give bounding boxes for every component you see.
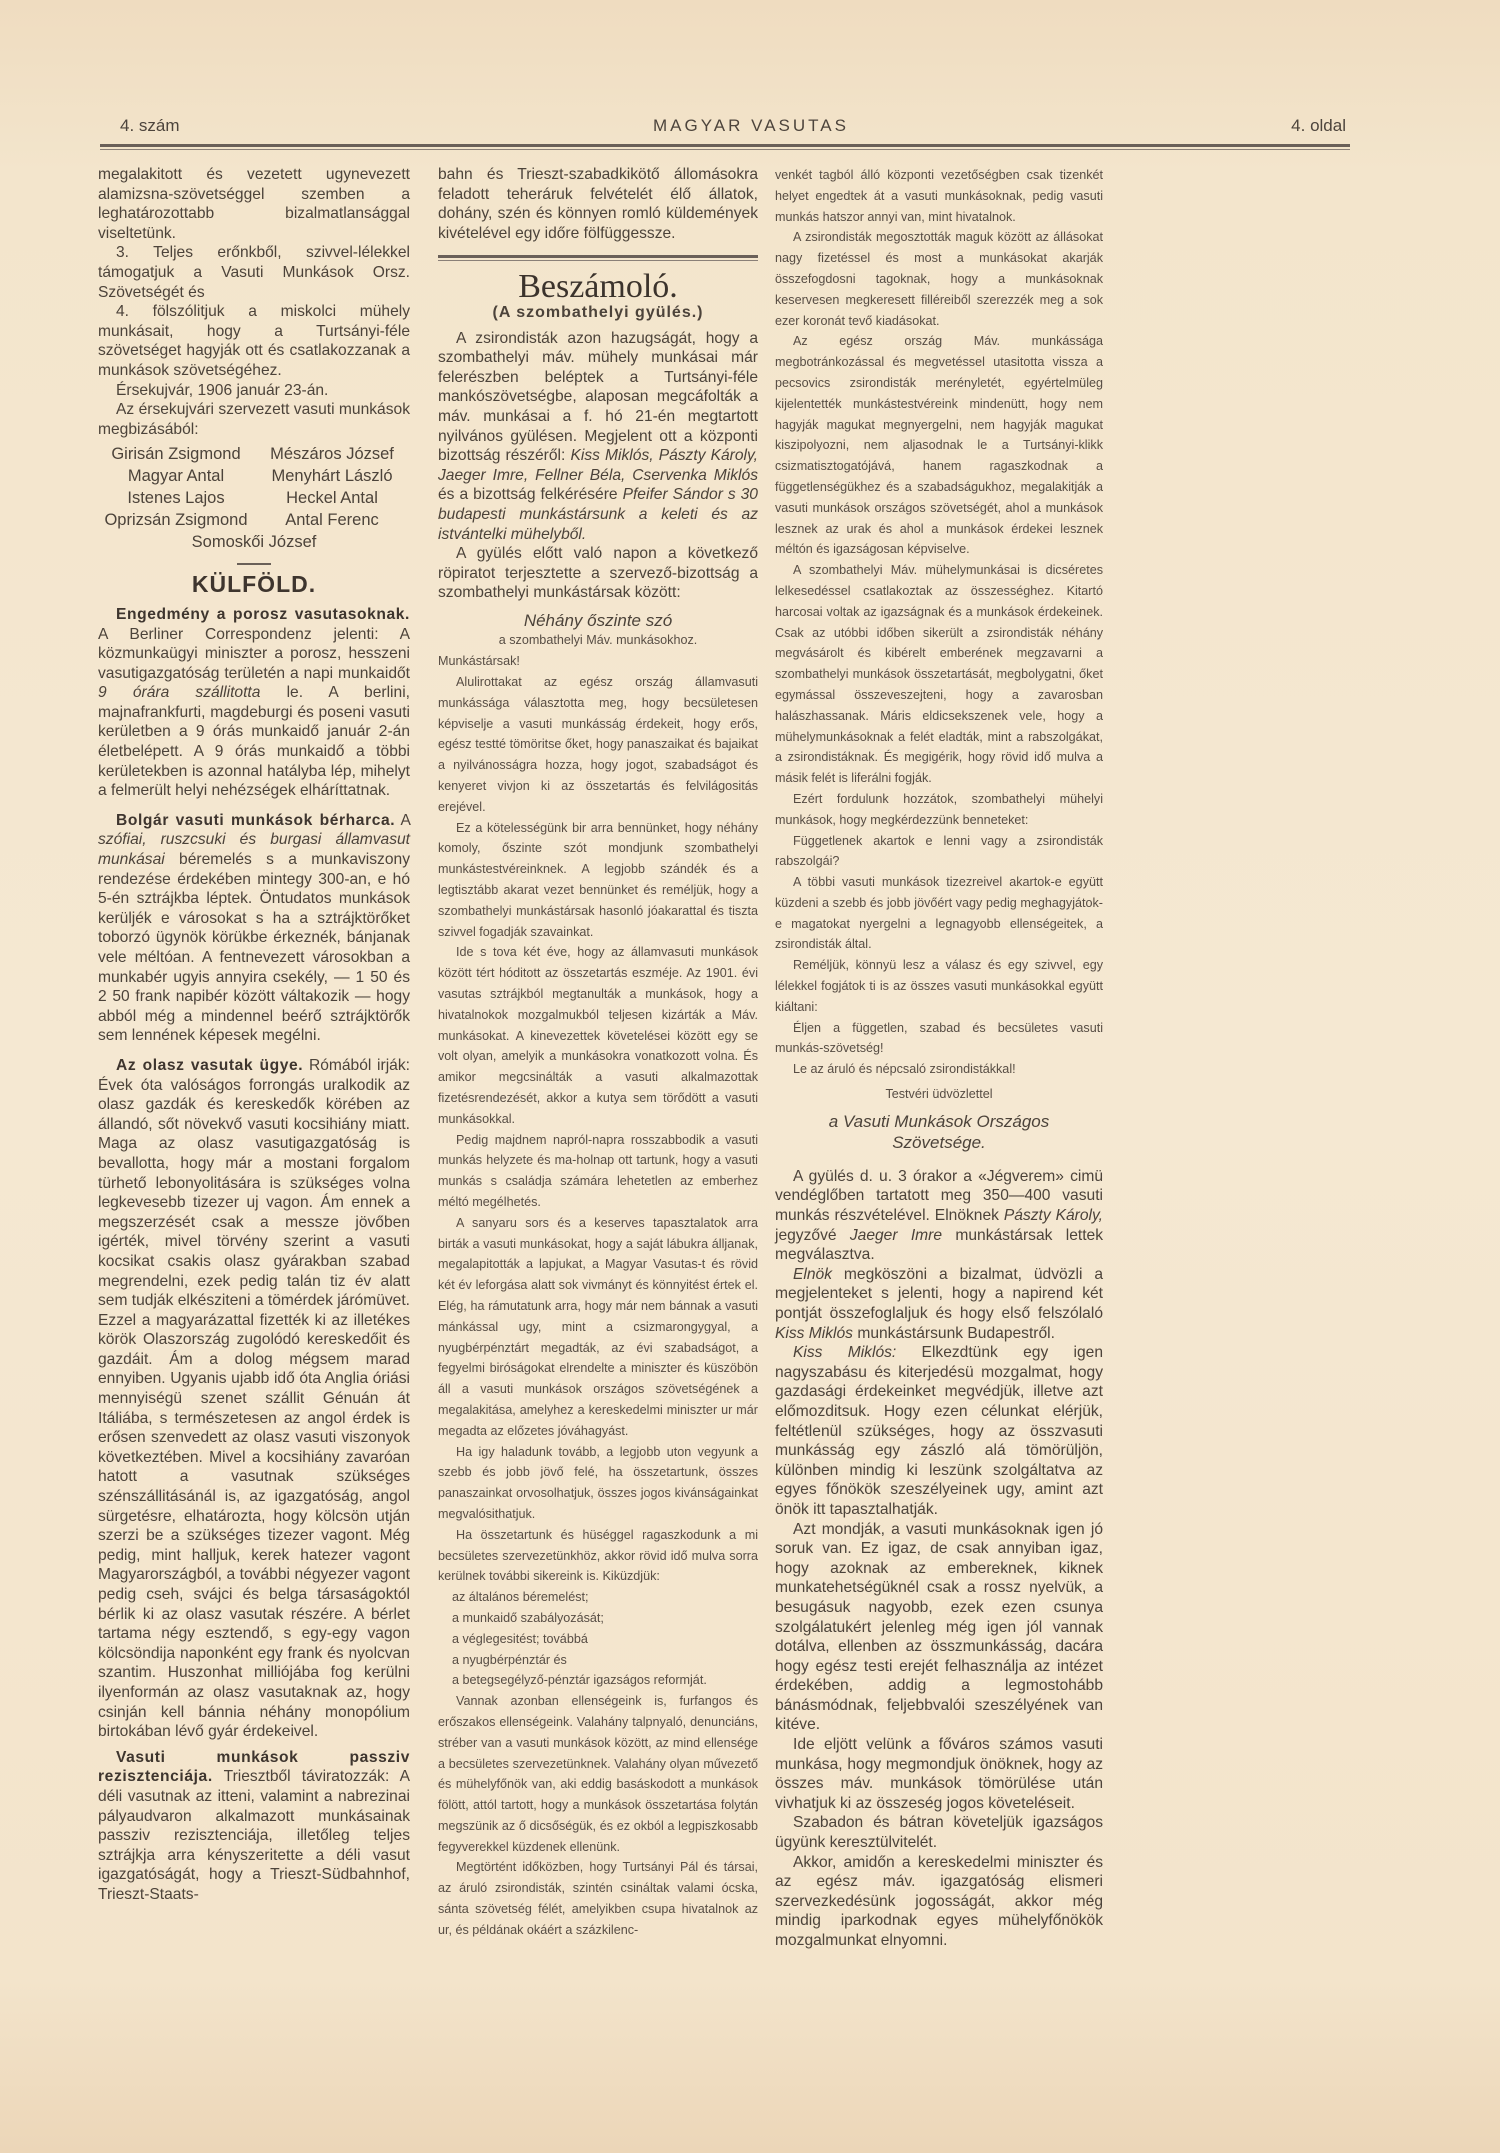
pamphlet-addressee: a szombathelyi Máv. munkásokhoz. bbox=[438, 630, 758, 651]
signatories: Girisán Zsigmond Mészáros József Magyar … bbox=[98, 443, 410, 531]
report-intro: A zsirondisták azon hazugságát, hogy a s… bbox=[438, 329, 758, 545]
resolution-point-4: 4. fölszólitjuk a miskolci mühely munkás… bbox=[98, 302, 410, 380]
signatory: Girisán Zsigmond bbox=[98, 443, 254, 465]
signatory: Somoskői József bbox=[98, 531, 410, 553]
chair-paragraph: Elnök megköszöni a bizalmat, üdvözli a m… bbox=[775, 1265, 1103, 1343]
article-divider bbox=[438, 255, 758, 261]
page-number: 4. oldal bbox=[1291, 116, 1346, 136]
pamphlet-paragraph: Vannak azonban ellenségeink is, furfango… bbox=[438, 1691, 758, 1857]
pamphlet-paragraph: venkét tagból álló központi vezetőségben… bbox=[775, 165, 1103, 227]
resolution-point-3: 3. Teljes erőnkből, szivvel-lélekkel tám… bbox=[98, 243, 410, 302]
pamphlet-paragraph: Éljen a független, szabad és becsületes … bbox=[775, 1018, 1103, 1060]
pamphlet-paragraph: Ha összetartunk és hüséggel ragaszkodunk… bbox=[438, 1525, 758, 1587]
demand-item: a munkaidő szabályozását; bbox=[452, 1608, 758, 1629]
signatory: Antal Ferenc bbox=[254, 509, 410, 531]
pamphlet-paragraph: Ha igy haladunk tovább, a legjobb uton v… bbox=[438, 1442, 758, 1525]
section-title-kulfold: KÜLFÖLD. bbox=[98, 575, 410, 595]
pamphlet-paragraph: Le az áruló és népcsaló zsirondistákkal! bbox=[775, 1059, 1103, 1080]
signature: a Vasuti Munkások Országos Szövetsége. bbox=[805, 1111, 1073, 1153]
speech-paragraph: Ide eljött velünk a főváros számos vasut… bbox=[775, 1735, 1103, 1813]
signatory: Mészáros József bbox=[254, 443, 410, 465]
pamphlet-paragraph: A sanyaru sors és a keserves tapasztalat… bbox=[438, 1213, 758, 1442]
newspaper-page: 4. szám MAGYAR VASUTAS 4. oldal megalaki… bbox=[0, 0, 1500, 2153]
pamphlet-paragraph: A többi vasuti munkások tizezreivel akar… bbox=[775, 872, 1103, 955]
speech-paragraph: Kiss Miklós: Elkezdtünk egy igen nagysza… bbox=[775, 1343, 1103, 1519]
pamphlet-paragraph: Reméljük, könnyü lesz a válasz és egy sz… bbox=[775, 955, 1103, 1017]
column-2: bahn és Trieszt-szabadkikötő állomásokra… bbox=[438, 165, 758, 1941]
pamphlet-intro: A gyülés előtt való napon a következő rö… bbox=[438, 544, 758, 603]
article-bolgar: Bolgár vasuti munkások bérharca. A szófi… bbox=[98, 811, 410, 1046]
pamphlet-paragraph: Függetlenek akartok e lenni vagy a zsiro… bbox=[775, 831, 1103, 873]
signatory: Menyhárt László bbox=[254, 465, 410, 487]
signatory: Oprizsán Zsigmond bbox=[98, 509, 254, 531]
page-header: 4. szám MAGYAR VASUTAS 4. oldal bbox=[86, 116, 1416, 146]
pamphlet-paragraph: A szombathelyi Máv. mühelymunkásai is di… bbox=[775, 560, 1103, 789]
demand-item: az általános béremelést; bbox=[452, 1587, 758, 1608]
pamphlet-title: Néhány őszinte szó bbox=[438, 611, 758, 631]
pamphlet-paragraph: Az egész ország Máv. munkássága megbotrá… bbox=[775, 331, 1103, 560]
article-headline: Az olasz vasutak ügye. bbox=[116, 1057, 303, 1074]
meeting-paragraph: A gyülés d. u. 3 órakor a «Jégverem» cim… bbox=[775, 1167, 1103, 1265]
column-1: megalakitott és vezetett ugynevezett ala… bbox=[98, 165, 410, 1905]
demands-list: az általános béremelést; a munkaidő szab… bbox=[438, 1587, 758, 1691]
pamphlet-body-continued: venkét tagból álló központi vezetőségben… bbox=[775, 165, 1103, 1105]
pamphlet-paragraph: Alulirottakat az egész ország államvasut… bbox=[438, 672, 758, 818]
pamphlet-paragraph: Megtörtént időközben, hogy Turtsányi Pál… bbox=[438, 1857, 758, 1940]
demand-item: a véglegesitést; továbbá bbox=[452, 1629, 758, 1650]
signatory: Heckel Antal bbox=[254, 487, 410, 509]
mandate-line: Az érsekujvári szervezett vasuti munkáso… bbox=[98, 400, 410, 439]
pamphlet-body: Munkástársak! Alulirottakat az egész ors… bbox=[438, 651, 758, 1940]
report-title: Beszámoló. bbox=[438, 277, 758, 297]
article-porosz: Engedmény a porosz vasutasoknak. A Berli… bbox=[98, 605, 410, 801]
paper-title: MAGYAR VASUTAS bbox=[86, 116, 1416, 136]
article-passziv: Vasuti munkások passziv rezisztenciája. … bbox=[98, 1748, 410, 1905]
speech-paragraph: Akkor, amidőn a kereskedelmi miniszter é… bbox=[775, 1853, 1103, 1951]
pamphlet-paragraph: Ezért fordulunk hozzátok, szombathelyi m… bbox=[775, 789, 1103, 831]
column-3: venkét tagból álló központi vezetőségben… bbox=[775, 165, 1103, 1951]
signatory: Istenes Lajos bbox=[98, 487, 254, 509]
demand-item: a nyugbérpénztár és bbox=[452, 1650, 758, 1671]
pamphlet-paragraph: Ez a kötelességünk bir arra bennünket, h… bbox=[438, 818, 758, 943]
article-olasz: Az olasz vasutak ügye. Rómából irják: Év… bbox=[98, 1056, 410, 1742]
article-headline: Bolgár vasuti munkások bérharca. bbox=[116, 812, 395, 829]
demand-item: a betegsegélyző-pénztár igazságos reform… bbox=[452, 1670, 758, 1691]
continuation-text: megalakitott és vezetett ugynevezett ala… bbox=[98, 165, 410, 243]
salutation: Munkástársak! bbox=[438, 651, 758, 672]
speech-paragraph: Szabadon és bátran követeljük igazságos … bbox=[775, 1813, 1103, 1852]
speech-paragraph: Azt mondják, a vasuti munkásoknak igen j… bbox=[775, 1520, 1103, 1736]
pamphlet-paragraph: A zsirondisták megosztották maguk között… bbox=[775, 227, 1103, 331]
greeting: Testvéri üdvözlettel bbox=[775, 1084, 1103, 1105]
continuation-text: bahn és Trieszt-szabadkikötő állomásokra… bbox=[438, 165, 758, 243]
short-divider bbox=[237, 563, 271, 565]
header-rule bbox=[100, 144, 1350, 150]
signatory: Magyar Antal bbox=[98, 465, 254, 487]
report-subtitle: (A szombathelyi gyülés.) bbox=[438, 303, 758, 323]
place-date: Érsekujvár, 1906 január 23-án. bbox=[98, 381, 410, 401]
article-headline: Engedmény a porosz vasutasoknak. bbox=[116, 606, 410, 623]
pamphlet-paragraph: Pedig majdnem napról-napra rosszabbodik … bbox=[438, 1130, 758, 1213]
pamphlet-paragraph: Ide s tova két éve, hogy az államvasuti … bbox=[438, 942, 758, 1129]
